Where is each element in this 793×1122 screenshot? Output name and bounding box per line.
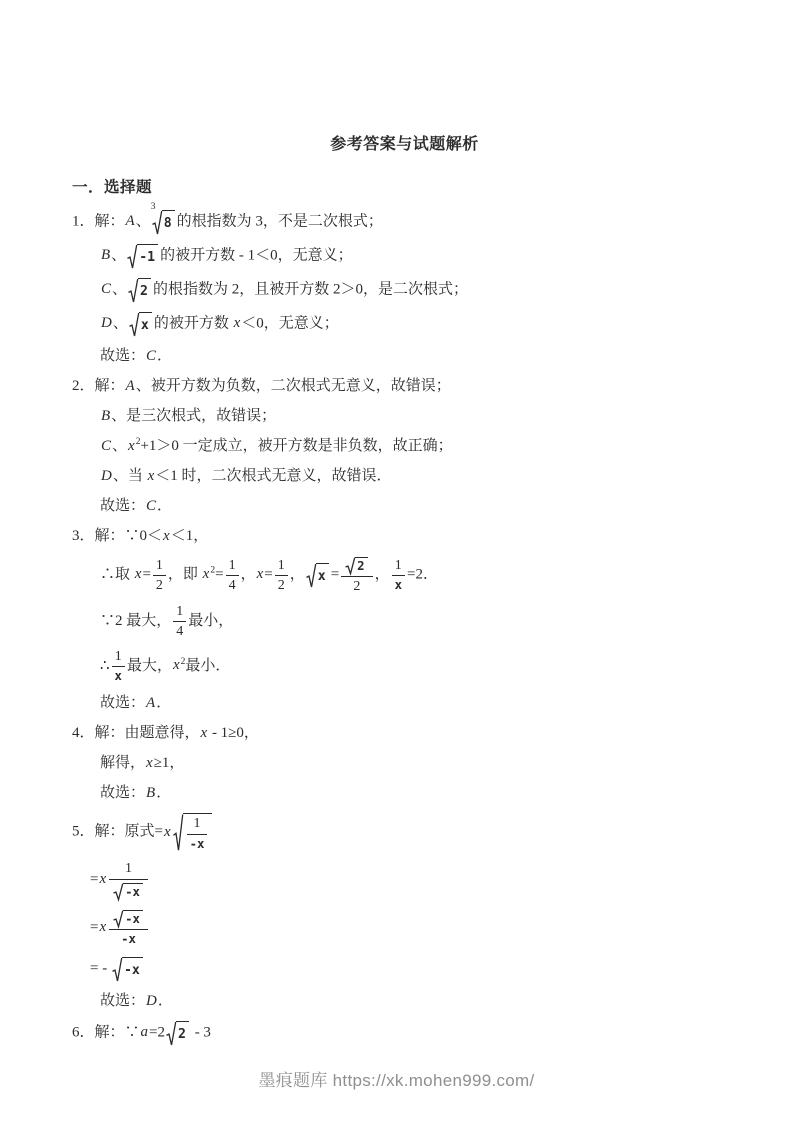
radical: 1-x [173,813,213,852]
fraction: 14 [173,603,186,640]
denominator: x [392,576,405,593]
text-run: 1 [125,861,132,876]
denominator: -x [109,880,148,900]
solution-line: ∴取 x=12，即 x2=14，x=12，x=22，1x=2． [72,555,737,595]
text-run: +1＞0 一定成立，被开方数是非负数，故正确； [140,438,452,454]
radical: 38 [152,210,175,235]
variable: -x [121,932,136,946]
solution-line: 3．解：∵0＜x＜1， [72,525,737,547]
fraction: 12 [275,557,288,594]
text-run: 1 [194,816,201,831]
text-run: x [318,569,326,584]
variable: x [145,755,154,771]
variable: C [145,498,157,514]
radical-sign-icon [113,910,123,927]
text-run: 、当 [113,468,147,484]
text-run: ≥1， [154,755,185,771]
radical: x [306,563,329,588]
text-run: 、 [112,281,127,297]
text-run: 1 [395,558,402,573]
fraction: 22 [341,555,372,595]
variable: -x [190,837,205,851]
text-run: 的被开方数 [154,315,233,331]
text-run: 、 [111,247,126,263]
text-run: 故选： [100,498,145,514]
text-run: =2． [407,566,438,582]
variable: C [100,438,112,454]
variable: x [233,315,242,331]
radicand: -x [123,910,143,927]
denominator: 4 [173,622,186,639]
denominator: -x [187,835,208,852]
radical-sign-icon [152,210,162,235]
numerator: -x [109,908,148,930]
numerator: 2 [341,555,372,577]
text-run: ， [241,566,256,582]
radicand: 2 [138,278,151,303]
radicand: -x [122,957,143,982]
text-run: 、 [113,315,128,331]
radicand: -x [123,883,143,900]
text-run: = [215,566,223,582]
fraction: -x-x [109,908,148,948]
text-run: - 1≥0， [208,725,259,741]
denominator: -x [109,930,148,947]
variable: x [163,824,172,840]
solution-line: 故选：A． [72,692,737,714]
text-run: = [264,566,272,582]
denominator: 2 [153,576,166,593]
radical-sign-icon [173,813,183,852]
text-run: 3．解：∵0＜ [72,528,162,544]
fraction: 1-x [109,860,148,900]
text-run: 2．解： [72,378,125,394]
text-run: 的根指数为 3，不是二次根式； [177,213,383,229]
text-run: 2 [178,1027,186,1042]
radical: -x [113,910,143,927]
variable: B [100,247,111,263]
variable: x [147,468,156,484]
variable: x [115,669,122,683]
text-run: 1 [176,604,183,619]
text-run: -x [125,912,140,926]
text-run: 2 [140,284,148,299]
text-run: ＜1， [171,528,209,544]
solution-line: 2．解：A、被开方数为负数，二次根式无意义，故错误； [72,375,737,397]
solution-line: B、是三次根式，故错误； [72,405,737,427]
radical-sign-icon [345,557,355,574]
document-page: 参考答案与试题解析 一．选择题 1．解：A、38的根指数为 3，不是二次根式；B… [0,0,793,1122]
denominator: x [112,667,125,684]
radicand: 1-x [183,813,213,852]
text-run: - 3 [191,1024,211,1040]
page-title: 参考答案与试题解析 [72,0,737,154]
text-run: 最大， [127,657,172,673]
text-run: 2 [278,578,285,593]
text-run: 1．解： [72,213,125,229]
radical-sign-icon [127,244,137,269]
text-run: ∵2 最大， [100,613,171,629]
text-run: 2 [353,579,360,594]
solution-line: 故选：C． [72,495,737,517]
text-run: ． [157,348,172,364]
text-run: 、 [112,438,127,454]
variable: D [145,993,158,1009]
text-run: 4 [229,578,236,593]
text-run: ＜0，无意义； [241,315,339,331]
radical-sign-icon [128,278,138,303]
variable: D [100,315,113,331]
solution-line: ∵2 最大，14最小， [72,603,737,640]
radicand: 2 [355,557,367,574]
solution-line: 1．解：A、38的根指数为 3，不是二次根式； [72,209,737,235]
radical: x [129,312,152,337]
variable: a [140,1024,150,1040]
variable: C [100,281,112,297]
text-run: = [331,566,339,582]
fraction: 1-x [187,815,208,852]
variable: B [145,785,156,801]
fraction: 14 [226,557,239,594]
text-run: ． [157,498,172,514]
solution-line: 故选：D． [72,990,737,1012]
denominator: 2 [341,577,372,594]
radicand: 8 [162,210,175,235]
radical: 2 [166,1021,189,1046]
text-run: 1 [115,649,122,664]
text-run: ． [156,785,171,801]
text-run: 1 [229,558,236,573]
radical-sign-icon [113,883,123,900]
solution-line: = - -x [72,956,737,982]
text-run: 2 [156,578,163,593]
text-run: ． [158,993,173,1009]
solution-line: =x-x-x [72,908,737,948]
solution-line: =x1-x [72,860,737,900]
text-run: 4．解：由题意得， [72,725,200,741]
solution-line: 4．解：由题意得，x - 1≥0， [72,722,737,744]
text-run: ＜1 时，二次根式无意义，故错误． [155,468,391,484]
radicand: -1 [137,244,158,269]
radical: -x [112,957,143,982]
text-run: 故选： [100,785,145,801]
variable: B [100,408,111,424]
radical: 2 [128,278,151,303]
text-run: ， [375,566,390,582]
text-run: ∴ [100,657,110,673]
text-run: 的根指数为 2，且被开方数 2＞0，是二次根式； [153,281,468,297]
numerator: 1 [226,557,239,576]
denominator: 4 [226,576,239,593]
variable: x [200,725,209,741]
text-run: 故选： [100,993,145,1009]
radical: -1 [127,244,158,269]
text-run: 、 [136,213,151,229]
text-run: = [142,566,150,582]
text-run: 故选： [100,695,145,711]
solution-line: D、当 x＜1 时，二次根式无意义，故错误． [72,465,737,487]
text-run: 故选： [100,348,145,364]
solution-line: 故选：C． [72,345,737,367]
text-run: 、是三次根式，故错误； [111,408,276,424]
text-run: 最小， [188,613,233,629]
solution-line: 故选：B． [72,782,737,804]
text-run: 解得， [100,755,145,771]
solution-lines: 1．解：A、38的根指数为 3，不是二次根式；B、-1的被开方数 - 1＜0，无… [72,209,737,1046]
fraction: 1x [112,648,125,685]
text-run: 1 [278,558,285,573]
radical-sign-icon [306,563,316,588]
solution-line: ∴1x最大，x2最小． [72,648,737,685]
text-run: 1 [156,558,163,573]
numerator: 1 [153,557,166,576]
solution-line: 解得，x≥1， [72,752,737,774]
radicand: x [139,312,152,337]
solution-line: B、-1的被开方数 - 1＜0，无意义； [72,243,737,269]
solution-line: 6．解：∵a=22 - 3 [72,1020,737,1046]
variable: x [395,578,402,592]
text-run: -1 [139,250,155,265]
radical-sign-icon [129,312,139,337]
text-run: 4 [176,624,183,639]
variable: x [98,871,107,887]
footer-watermark: 墨痕题库 https://xk.mohen999.com/ [0,1066,793,1091]
text-run: -x [124,963,140,978]
variable: x [256,566,265,582]
text-run: 、被开方数为负数，二次根式无意义，故错误； [136,378,451,394]
numerator: 1 [275,557,288,576]
numerator: 1 [392,557,405,576]
text-run: 5．解：原式= [72,824,163,840]
variable: x [162,528,171,544]
solution-line: 5．解：原式=x1-x [72,812,737,852]
numerator: 1 [187,815,208,834]
fraction: 12 [153,557,166,594]
text-run: =2 [149,1024,165,1040]
radicand: 2 [176,1021,189,1046]
variable: x [98,919,107,935]
text-run: ，即 [168,566,202,582]
numerator: 1 [173,603,186,622]
variable: x [172,657,181,673]
solution-line: C、2的根指数为 2，且被开方数 2＞0，是二次根式； [72,277,737,303]
text-run: ∴取 [100,566,134,582]
radical-sign-icon [166,1021,176,1046]
radical: 2 [345,557,367,574]
text-run: 8 [164,216,172,231]
variable: A [145,695,156,711]
text-run: 最小． [185,657,230,673]
text-run: 6．解：∵ [72,1024,140,1040]
radical-sign-icon [112,957,122,982]
text-run: x [141,318,149,333]
radicand: x [316,563,329,588]
text-run: 2 [357,559,364,573]
variable: A [125,378,136,394]
variable: D [100,468,113,484]
text-run: ． [156,695,171,711]
variable: C [145,348,157,364]
solution-line: C、x2+1＞0 一定成立，被开方数是非负数，故正确； [72,435,737,457]
variable: x [127,438,136,454]
text-run: 的被开方数 - 1＜0，无意义； [160,247,353,263]
text-run: -x [125,885,140,899]
variable: A [125,213,136,229]
solution-line: D、x的被开方数 x＜0，无意义； [72,311,737,337]
section-heading: 一．选择题 [72,175,737,197]
footer-text: 墨痕题库 https://xk.mohen999.com/ [258,1071,534,1090]
fraction: 1x [392,557,405,594]
numerator: 1 [112,648,125,667]
text-run: = - [90,960,111,976]
numerator: 1 [109,860,148,879]
radical: -x [113,883,143,900]
text-run: ， [290,566,305,582]
denominator: 2 [275,576,288,593]
